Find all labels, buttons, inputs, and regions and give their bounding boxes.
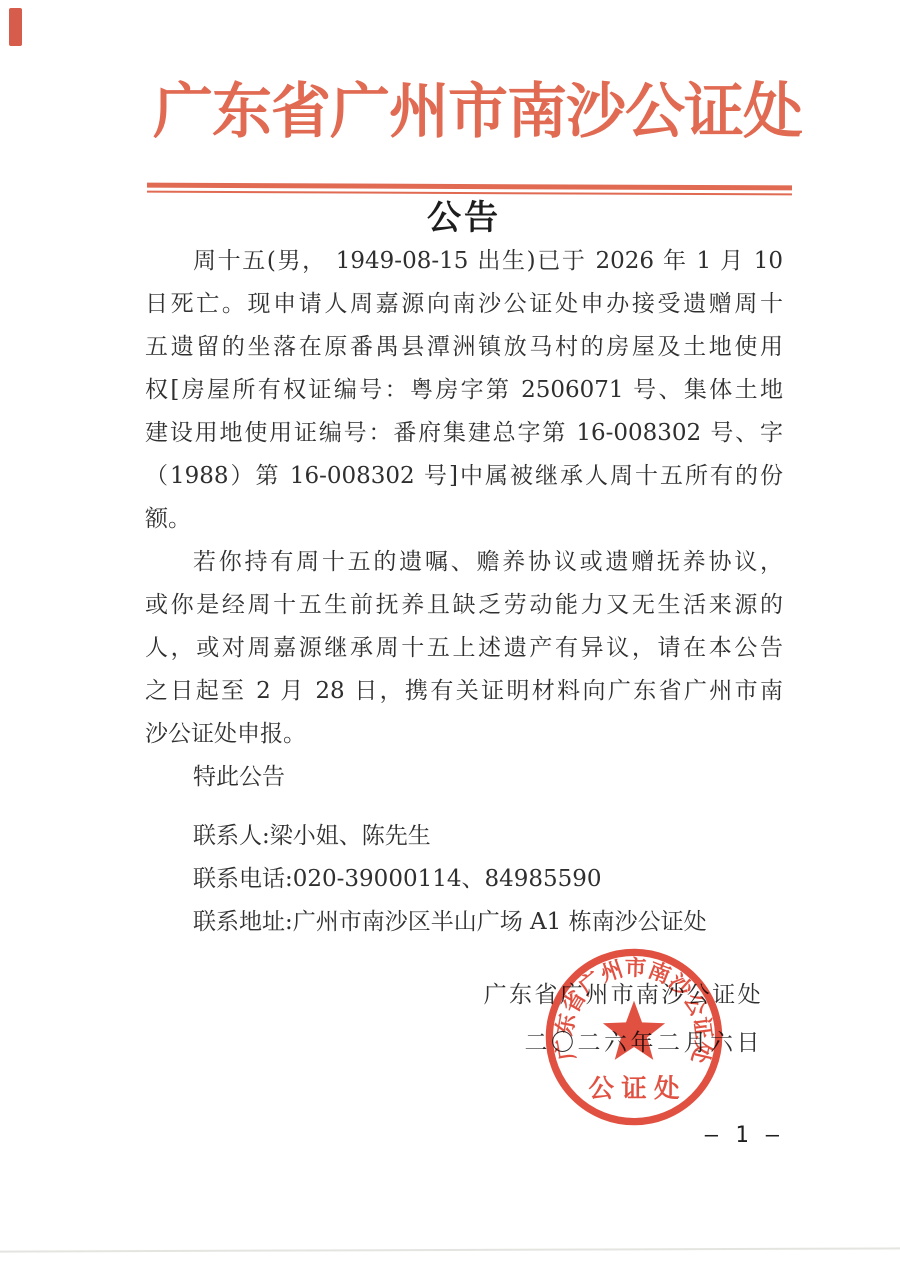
scanned-notice-page: 广东省广州市南沙公证处 公告 周十五(男， 1949-08-15 出生)已于 2… xyxy=(0,0,900,1273)
official-seal-icon: 广东省广州市南沙公证处 公证处 xyxy=(543,946,725,1128)
body-line: 沙公证处申报。 xyxy=(145,713,783,756)
body-line: 若你持有周十五的遗嘱、赡养协议或遗赠抚养协议， xyxy=(145,541,783,584)
notice-body: 周十五(男， 1949-08-15 出生)已于 2026 年 1 月 10日死亡… xyxy=(145,240,783,799)
contact-line: 联系地址:广州市南沙区半山广场 A1 栋南沙公证处 xyxy=(145,901,783,944)
divider-thick-rule xyxy=(147,183,792,191)
body-line: 权[房屋所有权证编号：粤房字第 2506071 号、集体土地 xyxy=(145,369,783,412)
body-line: 五遗留的坐落在原番禺县潭洲镇放马村的房屋及土地使用 xyxy=(145,326,783,369)
org-title: 广东省广州市南沙公证处 xyxy=(153,70,791,154)
notice-heading: 公告 xyxy=(145,197,783,239)
body-line: 人，或对周嘉源继承周十五上述遗产有异议，请在本公告 xyxy=(145,627,783,670)
body-line: （1988）第 16-008302 号]中属被继承人周十五所有的份 xyxy=(145,455,783,498)
divider-thin-rule xyxy=(147,191,792,196)
body-line: 周十五(男， 1949-08-15 出生)已于 2026 年 1 月 10 xyxy=(145,240,783,283)
body-line: 之日起至 2 月 28 日，携有关证明材料向广东省广州市南 xyxy=(145,670,783,713)
body-line: 特此公告 xyxy=(145,756,783,799)
contact-block: 联系人:梁小姐、陈先生联系电话:020-39000114、84985590联系地… xyxy=(145,815,783,944)
body-line: 建设用地使用证编号：番府集建总字第 16-008302 号、字 xyxy=(145,412,783,455)
scan-page-edge xyxy=(0,1247,900,1252)
contact-line: 联系人:梁小姐、陈先生 xyxy=(145,815,783,858)
star-icon xyxy=(603,1001,665,1060)
seal-bottom-text: 公证处 xyxy=(589,1074,687,1104)
body-line: 额。 xyxy=(145,498,783,541)
body-line: 日死亡。现申请人周嘉源向南沙公证处申办接受遗赠周十 xyxy=(145,283,783,326)
contact-line: 联系电话:020-39000114、84985590 xyxy=(145,858,783,901)
title-divider xyxy=(145,183,783,196)
body-line: 或你是经周十五生前抚养且缺乏劳动能力又无生活来源的 xyxy=(145,584,783,627)
red-scan-artifact xyxy=(9,8,22,46)
